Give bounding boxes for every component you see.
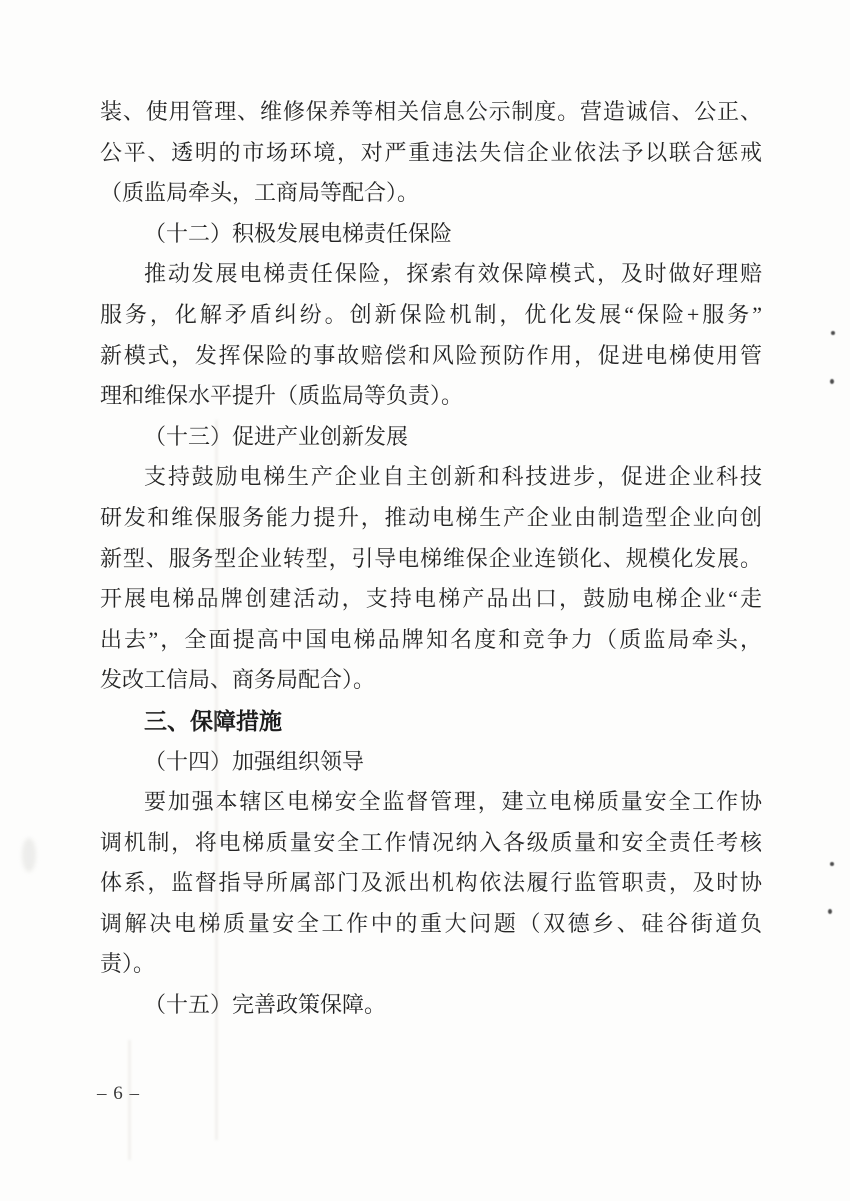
body-line: 装、使用管理、维修保养等相关信息公示制度。营造诚信、公正、 (100, 92, 762, 133)
scan-artifact-dot (830, 379, 834, 384)
scan-artifact-dot (831, 331, 835, 335)
body-line: 要加强本辖区电梯安全监督管理，建立电梯质量安全工作协 (100, 782, 762, 823)
body-line: 推动发展电梯责任保险，探索有效保障模式，及时做好理赔 (100, 254, 762, 295)
body-line: 公平、透明的市场环境，对严重违法失信企业依法予以联合惩戒 (100, 133, 762, 174)
body-line: 研发和维保服务能力提升，推动电梯生产企业由制造型企业向创 (100, 498, 762, 539)
body-line: 体系，监督指导所属部门及派出机构依法履行监管职责，及时协 (100, 863, 762, 904)
document-page: 装、使用管理、维修保养等相关信息公示制度。营造诚信、公正、 公平、透明的市场环境… (0, 0, 850, 1201)
body-line: 调解决电梯质量安全工作中的重大问题（双德乡、硅谷街道负 (100, 904, 762, 945)
subsection-heading-14: （十四）加强组织领导 (100, 742, 762, 783)
body-line: 责）。 (100, 944, 762, 985)
scan-artifact-dot (828, 909, 832, 914)
scan-artifact-smudge (22, 838, 36, 872)
subsection-heading-15: （十五）完善政策保障。 (100, 985, 762, 1026)
body-line: 理和维保水平提升（质监局等负责）。 (100, 376, 762, 417)
body-line: 调机制，将电梯质量安全工作情况纳入各级质量和安全责任考核 (100, 823, 762, 864)
scan-artifact-dot (830, 862, 834, 866)
body-line: 支持鼓励电梯生产企业自主创新和科技进步，促进企业科技 (100, 457, 762, 498)
body-line: 新模式，发挥保险的事故赔偿和风险预防作用，促进电梯使用管 (100, 336, 762, 377)
subsection-heading-12: （十二）积极发展电梯责任保险 (100, 214, 762, 255)
body-line: （质监局牵头，工商局等配合）。 (100, 173, 762, 214)
page-number: – 6 – (97, 1083, 140, 1105)
body-line: 开展电梯品牌创建活动，支持电梯产品出口，鼓励电梯企业“走 (100, 579, 762, 620)
section-heading-safeguard-measures: 三、保障措施 (100, 701, 762, 742)
scan-artifact-streak (215, 420, 218, 1140)
body-line: 新型、服务型企业转型，引导电梯维保企业连锁化、规模化发展。 (100, 539, 762, 580)
body-line: 发改工信局、商务局配合）。 (100, 660, 762, 701)
document-body: 装、使用管理、维修保养等相关信息公示制度。营造诚信、公正、 公平、透明的市场环境… (100, 92, 762, 1026)
body-line: 出去”，全面提高中国电梯品牌知名度和竞争力（质监局牵头， (100, 620, 762, 661)
body-line: 服务，化解矛盾纠纷。创新保险机制，优化发展“保险+服务” (100, 295, 762, 336)
scan-artifact-streak (128, 1040, 131, 1160)
subsection-heading-13: （十三）促进产业创新发展 (100, 417, 762, 458)
